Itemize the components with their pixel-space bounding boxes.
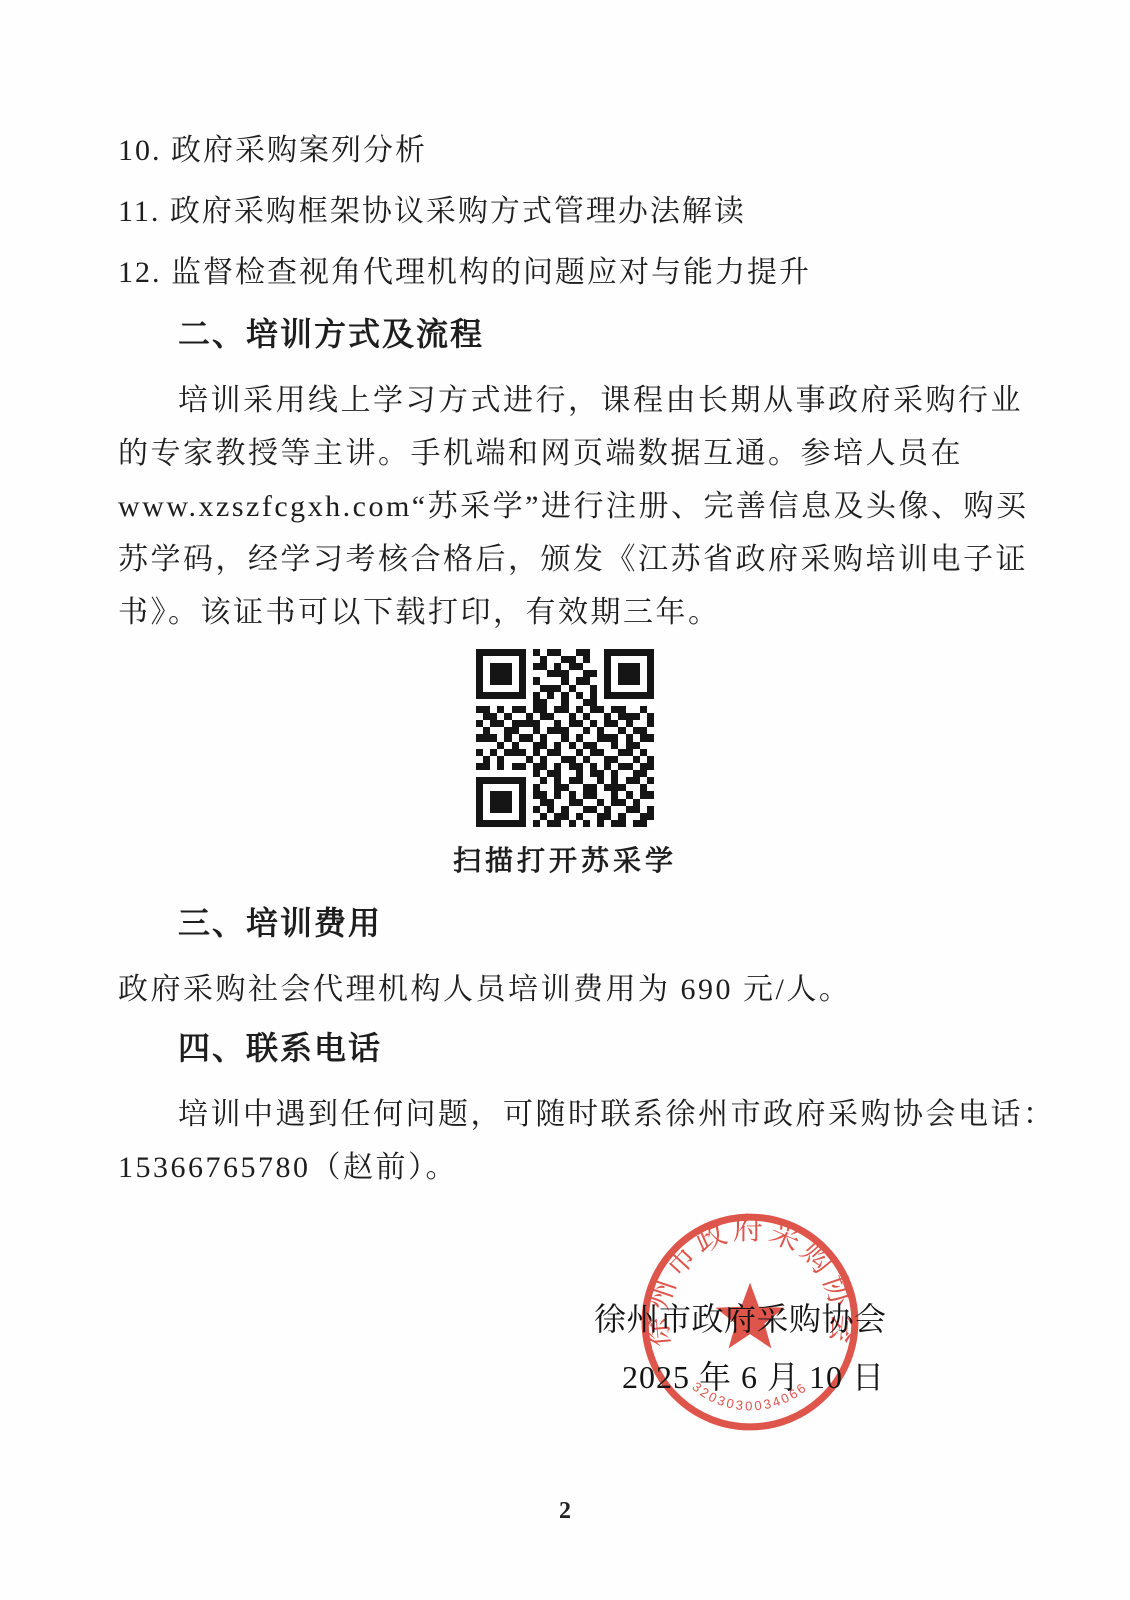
method-paragraph: 培训采用线上学习方式进行，课程由长期从事政府采购行业 的专家教授等主讲。手机端和… — [118, 374, 1012, 639]
document-body: 10. 政府采购案列分析 11. 政府采购框架协议采购方式管理办法解读 12. … — [118, 133, 1012, 1194]
section-heading-contact: 四、联系电话 — [118, 1030, 1012, 1066]
list-item-12: 12. 监督检查视角代理机构的问题应对与能力提升 — [118, 255, 1012, 291]
page-number: 2 — [0, 1498, 1130, 1525]
list-item-11: 11. 政府采购框架协议采购方式管理办法解读 — [118, 194, 1012, 230]
method-line: www.xzszfcgxh.com“苏采学”进行注册、完善信息及头像、购买 — [118, 480, 1012, 533]
qr-block: 扫描打开苏采学 — [118, 649, 1012, 879]
list-item-10: 10. 政府采购案列分析 — [118, 133, 1012, 169]
qr-caption: 扫描打开苏采学 — [118, 839, 1012, 879]
fee-text: 政府采购社会代理机构人员培训费用为 690 元/人。 — [118, 963, 1012, 1016]
qr-code — [476, 649, 654, 827]
method-line: 培训采用线上学习方式进行，课程由长期从事政府采购行业 — [118, 374, 1012, 427]
method-line: 的专家教授等主讲。手机端和网页端数据互通。参培人员在 — [118, 427, 1012, 480]
document-page: 10. 政府采购案列分析 11. 政府采购框架协议采购方式管理办法解读 12. … — [0, 0, 1130, 1600]
contact-phone: 15366765780（赵前）。 — [118, 1141, 1012, 1194]
signature-date: 2025 年 6 月 10 日 — [622, 1352, 885, 1398]
method-line: 书》。该证书可以下载打印，有效期三年。 — [118, 586, 1012, 639]
section-heading-method: 二、培训方式及流程 — [118, 316, 1012, 352]
contact-line: 培训中遇到任何问题，可随时联系徐州市政府采购协会电话： — [118, 1088, 1012, 1141]
signature-org: 徐州市政府采购协会 — [594, 1294, 887, 1340]
method-line: 苏学码，经学习考核合格后，颁发《江苏省政府采购培训电子证 — [118, 533, 1012, 586]
section-heading-fee: 三、培训费用 — [118, 905, 1012, 941]
